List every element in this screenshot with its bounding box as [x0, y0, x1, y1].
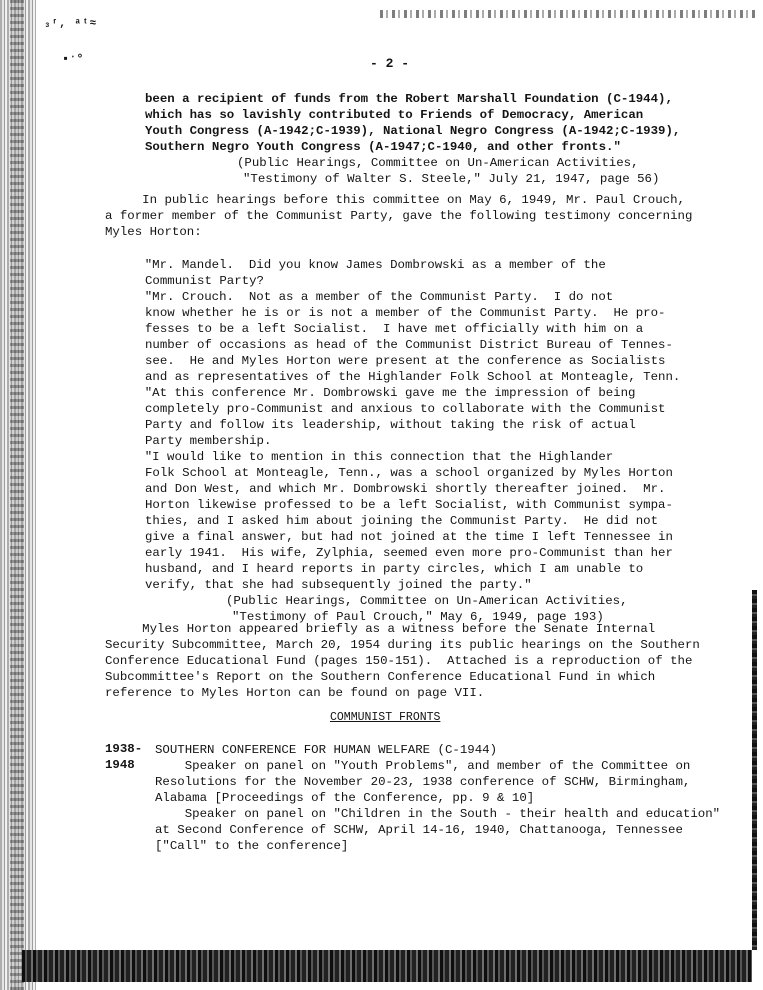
paragraph-line: Myles Horton: [105, 224, 202, 240]
corner-handwritten-marks: ₃ʳ, ᵃᵗ≈ [44, 18, 97, 30]
entry-line: Speaker on panel on "Children in the Sou… [155, 806, 720, 822]
paragraph-line: reference to Myles Horton can be found o… [105, 685, 484, 701]
testimony-line: Folk School at Monteagle, Tenn., was a s… [145, 465, 673, 481]
testimony-line: "Mr. Crouch. Not as a member of the Comm… [115, 289, 613, 305]
entry-year-end: 1948 [105, 758, 135, 772]
entry-year-start: 1938- [105, 742, 142, 756]
testimony-line: thies, and I asked him about joining the… [145, 513, 658, 529]
testimony-line: "At this conference Mr. Dombrowski gave … [115, 385, 636, 401]
scan-binding-edge [0, 0, 36, 990]
paragraph-line: Subcommittee's Report on the Southern Co… [105, 669, 655, 685]
testimony-line: number of occasions as head of the Commu… [145, 337, 673, 353]
paragraph-line: In public hearings before this committee… [105, 192, 685, 208]
entry-line: ["Call" to the conference] [155, 838, 348, 854]
entry-line: Speaker on panel on "Youth Problems", an… [155, 758, 690, 774]
quote-line: which has so lavishly contributed to Fri… [145, 107, 643, 123]
scan-right-edge [752, 590, 757, 950]
entry-line: Resolutions for the November 20-23, 1938… [155, 774, 690, 790]
quote-line: Southern Negro Youth Congress (A-1947;C-… [145, 139, 621, 155]
testimony-line: Party membership. [145, 433, 271, 449]
testimony-line: early 1941. His wife, Zylphia, seemed ev… [145, 545, 673, 561]
testimony-line: give a final answer, but had not joined … [145, 529, 673, 545]
paragraph-line: Myles Horton appeared briefly as a witne… [105, 621, 655, 637]
testimony-line: verify, that she had subsequently joined… [145, 577, 532, 593]
section-heading-communist-fronts: COMMUNIST FRONTS [330, 711, 440, 724]
scanned-document-page: ₃ʳ, ᵃᵗ≈ ▪ˑ° - 2 - been a recipient of fu… [0, 0, 763, 990]
testimony-line: and Don West, and which Mr. Dombrowski s… [145, 481, 666, 497]
testimony-line: Communist Party? [145, 273, 264, 289]
scan-top-noise [380, 10, 755, 18]
testimony-line: Horton likewise professed to be a left S… [145, 497, 673, 513]
paragraph-line: Security Subcommittee, March 20, 1954 du… [105, 637, 700, 653]
page-number: - 2 - [370, 56, 409, 71]
citation-line: (Public Hearings, Committee on Un-Americ… [237, 155, 639, 171]
testimony-line: and as representatives of the Highlander… [145, 369, 680, 385]
testimony-line: fesses to be a left Socialist. I have me… [145, 321, 643, 337]
citation-line: (Public Hearings, Committee on Un-Americ… [226, 593, 628, 609]
citation-line: "Testimony of Walter S. Steele," July 21… [243, 171, 659, 187]
testimony-line: Party and follow its leadership, without… [145, 417, 636, 433]
testimony-line: "I would like to mention in this connect… [115, 449, 613, 465]
entry-line: SOUTHERN CONFERENCE FOR HUMAN WELFARE (C… [155, 742, 497, 758]
corner-punch-marks: ▪ˑ° [62, 52, 84, 66]
testimony-line: completely pro-Communist and anxious to … [145, 401, 666, 417]
entry-line: at Second Conference of SCHW, April 14-1… [155, 822, 683, 838]
testimony-line: see. He and Myles Horton were present at… [145, 353, 666, 369]
entry-line: Alabama [Proceedings of the Conference, … [155, 790, 534, 806]
testimony-line: know whether he is or is not a member of… [145, 305, 666, 321]
quote-line: been a recipient of funds from the Rober… [145, 91, 673, 107]
paragraph-line: Conference Educational Fund (pages 150-1… [105, 653, 692, 669]
quote-line: Youth Congress (A-1942;C-1939), National… [145, 123, 680, 139]
scan-bottom-band [22, 950, 752, 982]
testimony-line: husband, and I heard reports in party ci… [145, 561, 643, 577]
testimony-line: "Mr. Mandel. Did you know James Dombrows… [115, 257, 606, 273]
paragraph-line: a former member of the Communist Party, … [105, 208, 692, 224]
